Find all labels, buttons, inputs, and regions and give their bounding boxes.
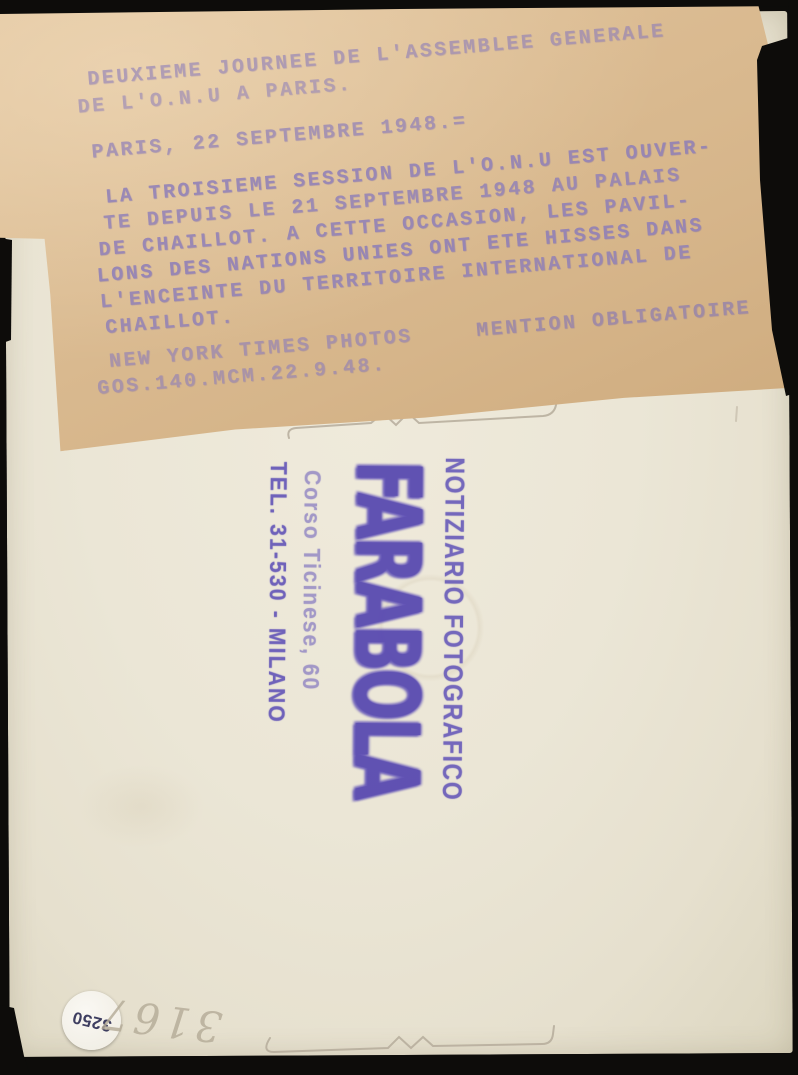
farabola-agency-stamp: NOTIZIARIO FOTOGRAFICO FARABOLA Corso Ti… <box>248 454 471 791</box>
caption-slip-text: DEUXIEME JOURNEE DE L'ASSEMBLEE GENERALE… <box>0 0 798 411</box>
stamp-agency-name: FARABOLA <box>334 460 441 798</box>
stamp-phone: TEL. 31-530 - MILANO <box>262 462 291 724</box>
stamp-address: Corso Ticinese, 60 <box>296 470 324 691</box>
caption-slip: DEUXIEME JOURNEE DE L'ASSEMBLEE GENERALE… <box>0 0 798 456</box>
press-photo-back-scan: NOTIZIARIO FOTOGRAFICO FARABOLA Corso Ti… <box>0 0 798 1075</box>
stamp-header-text: NOTIZIARIO FOTOGRAFICO <box>436 457 471 801</box>
